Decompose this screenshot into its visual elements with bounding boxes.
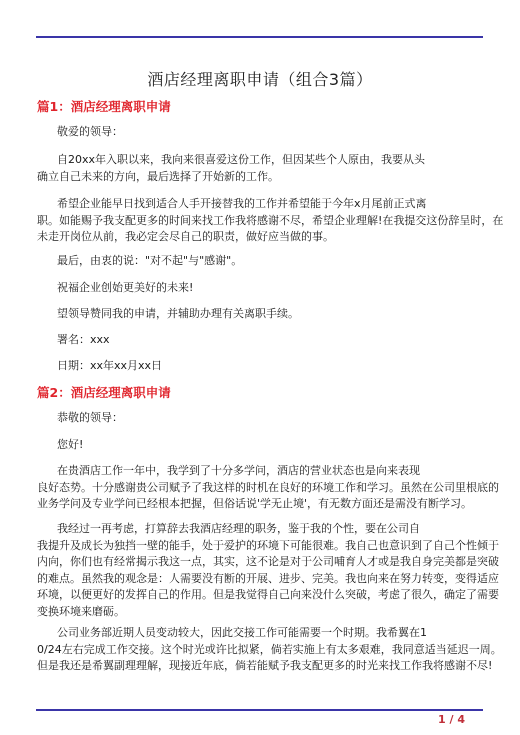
text-line: 0/24左右完成工作交接。这个时光或许比拟紧，倘若实施上有太多艰难，我同意适当延… xyxy=(37,642,487,659)
s1-paragraph-4: 祝福企业创始更美好的未来! xyxy=(37,280,487,297)
page-indicator: 1 / 4 xyxy=(438,713,465,726)
text-line: 确立自己未来的方向，最后选择了开始新的工作。 xyxy=(37,169,487,186)
text-line: 我经过一再考虑，打算辞去我酒店经理的职务，鉴于我的个性，要在公司自 xyxy=(37,521,487,538)
header-rule xyxy=(36,36,483,38)
text-line: 自20xx年入职以来，我向来很喜爱这份工作，但因某些个人原由，我要从头 xyxy=(37,152,487,169)
text-line: 希望企业能早日找到适合人手开接替我的工作并希望能于今年x月尾前正式离 xyxy=(37,196,487,213)
s1-paragraph-5: 望领导赞同我的申请，并辅助办理有关离职手续。 xyxy=(37,306,487,323)
text-line: 最后，由衷的说："对不起"与"感谢"。 xyxy=(37,253,487,270)
text-line: 良好态势。十分感谢贵公司赋予了我这样的时机在良好的环境工作和学习。虽然在公司里根… xyxy=(37,480,487,497)
section-1-heading: 篇1：酒店经理离职申请 xyxy=(37,97,171,115)
text-line: 公司业务部近期人员变动较大，因此交接工作可能需要一个时期。我希翼在1 xyxy=(37,625,487,642)
text-line: 业务学问及专业学问已经根本把握，但俗话说'学无止境'，有无数方面还是需没有断学习… xyxy=(37,496,487,513)
text-line: 恭敬的领导： xyxy=(37,410,487,427)
s2-paragraph-3: 公司业务部近期人员变动较大，因此交接工作可能需要一个时期。我希翼在1 0/24左… xyxy=(37,625,487,675)
text-line: 您好! xyxy=(37,437,487,454)
text-line: 但是我还是希翼副理理解，现接近年底，倘若能赋予我支配更多的时光来找工作我将感谢不… xyxy=(37,658,487,675)
text-line: 内向，你们也有经常揭示我这一点，其实，这不论是对于公司哺育人才或是我自身完美都是… xyxy=(37,554,487,571)
s2-paragraph-1: 在贵酒店工作一年中，我学到了十分多学问，酒店的营业状态也是向来表现 良好态势。十… xyxy=(37,463,487,513)
text-line: 祝福企业创始更美好的未来! xyxy=(37,280,487,297)
text-line: 日期：xx年xx月xx日 xyxy=(37,358,487,375)
s1-paragraph-2: 希望企业能早日找到适合人手开接替我的工作并希望能于今年x月尾前正式离 职。如能赐… xyxy=(37,196,487,246)
text-line: 署名：xxx xyxy=(37,332,487,349)
s1-salutation: 敬爱的领导： xyxy=(37,124,487,141)
text-line: 的难点。虽然我的观念是：人需要没有断的开展、进步、完美。我也向来在努力转变，变得… xyxy=(37,571,487,588)
s2-greeting: 您好! xyxy=(37,437,487,454)
document-title: 酒店经理离职申请（组合3篇） xyxy=(0,67,520,90)
text-line: 环境，以便更好的发挥自己的作用。但是我觉得自己向来没什么突破，考虑了很久，确定了… xyxy=(37,587,487,604)
s1-paragraph-1: 自20xx年入职以来，我向来很喜爱这份工作，但因某些个人原由，我要从头 确立自己… xyxy=(37,152,487,185)
footer-rule xyxy=(36,709,483,711)
text-line: 望领导赞同我的申请，并辅助办理有关离职手续。 xyxy=(37,306,487,323)
text-line: 我提升及成长为独挡一壁的能手，处于爱护的环境下可能很难。我自己也意识到了自己个性… xyxy=(37,538,487,555)
s2-paragraph-2: 我经过一再考虑，打算辞去我酒店经理的职务，鉴于我的个性，要在公司自 我提升及成长… xyxy=(37,521,487,620)
s1-paragraph-3: 最后，由衷的说："对不起"与"感谢"。 xyxy=(37,253,487,270)
text-line: 变换环境来磨砺。 xyxy=(37,604,487,621)
section-2-heading: 篇2：酒店经理离职申请 xyxy=(37,383,171,401)
text-line: 未走开岗位从前，我必定会尽自己的职责，做好应当做的事。 xyxy=(37,229,487,246)
s1-signature: 署名：xxx xyxy=(37,332,487,349)
text-line: 职。如能赐予我支配更多的时间来找工作我将感谢不尽，希望企业理解!在我提交这份辞呈… xyxy=(37,213,487,230)
s1-date: 日期：xx年xx月xx日 xyxy=(37,358,487,375)
s2-salutation: 恭敬的领导： xyxy=(37,410,487,427)
text-line: 敬爱的领导： xyxy=(37,124,487,141)
text-line: 在贵酒店工作一年中，我学到了十分多学问，酒店的营业状态也是向来表现 xyxy=(37,463,487,480)
